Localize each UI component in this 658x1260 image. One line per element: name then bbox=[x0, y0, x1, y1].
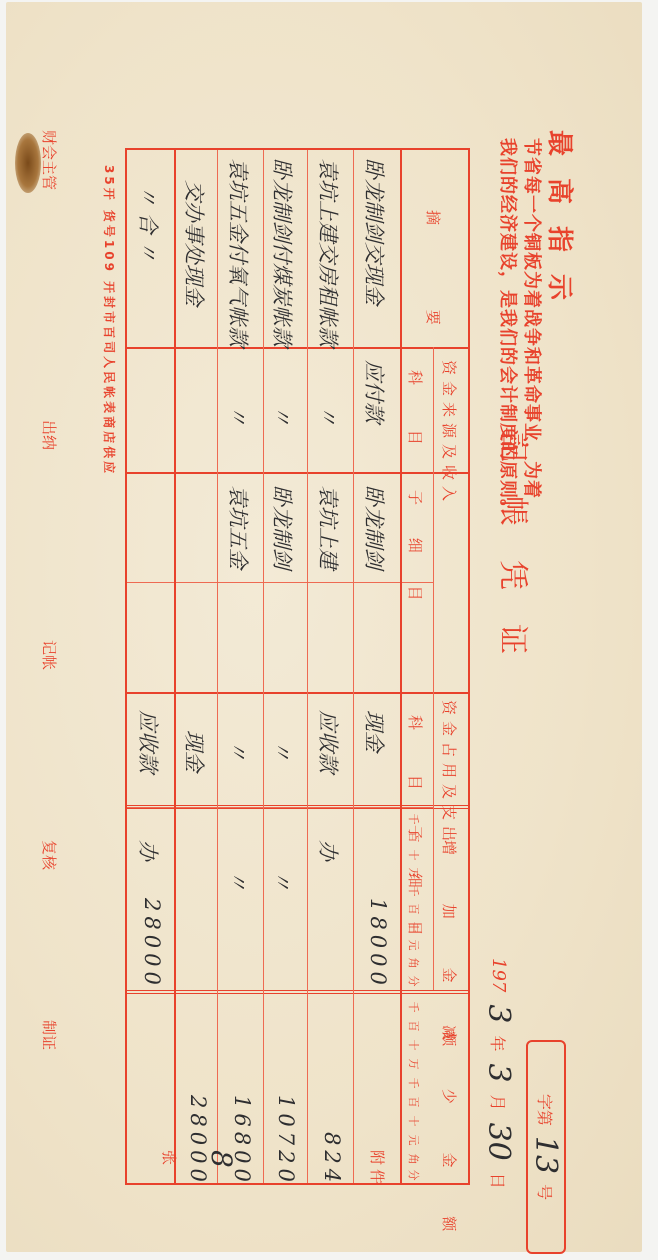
header-use-group: 资金占用及支出 bbox=[439, 700, 460, 847]
date-day: 30 bbox=[481, 1123, 516, 1161]
row-use-sub: 〃 bbox=[224, 870, 254, 891]
row-use-sub: 办 bbox=[314, 840, 344, 861]
signature-preparer: 制证 bbox=[39, 1020, 60, 1050]
header-source-group: 资金来源及收入 bbox=[439, 360, 460, 507]
date-year-label: 年 bbox=[487, 1035, 510, 1051]
total-increase: 28000 bbox=[140, 898, 164, 990]
header-decrease: 减 少 金 额 bbox=[439, 1025, 460, 1253]
voucher-date: 197 3 年 3 月 30 日 bbox=[481, 958, 516, 1189]
row-increase: 18000 bbox=[366, 898, 390, 990]
date-month-label: 月 bbox=[487, 1095, 510, 1111]
attachments-count: 8 bbox=[205, 1150, 238, 1168]
row-use-subject: 现金 bbox=[360, 710, 390, 752]
row-source-sub: 卧龙制剑 bbox=[360, 485, 390, 569]
digit-header: 十 bbox=[406, 1112, 422, 1130]
row-use-sub: 办 bbox=[134, 840, 164, 861]
print-footer: 35开 货号109 开封市百司人民帐表商店供应 bbox=[101, 165, 118, 476]
row-decrease: 10720 bbox=[274, 1095, 298, 1187]
voucher-number-box: 字第 13 号 bbox=[526, 1040, 566, 1254]
row-summary: 交办事处现金 bbox=[180, 180, 210, 306]
digit-header: 千 bbox=[406, 1074, 422, 1092]
row-summary: 卧龙制剑付煤炭帐款 bbox=[268, 158, 298, 347]
row-source-sub: 卧龙制剑 bbox=[268, 485, 298, 569]
row-use-subject: 〃 bbox=[268, 740, 298, 761]
row-use-subject: 现金 bbox=[180, 730, 210, 772]
row-source-subject: 〃 bbox=[314, 405, 344, 426]
voucher-number-suffix: 号 bbox=[535, 1184, 558, 1200]
signature-finance-supervisor: 财会主管 bbox=[39, 130, 60, 190]
digit-header: 万 bbox=[406, 864, 422, 882]
date-year-prefix: 197 bbox=[488, 958, 509, 992]
row-summary: 袁坑五金付氧气帐款 bbox=[224, 158, 254, 347]
voucher-rotated-canvas: 最高指示 节省每一个铜板为着战争和革命事业，为着 我们的经济建设，是我们的会计制… bbox=[0, 0, 658, 1260]
row-source-subject: 〃 bbox=[268, 405, 298, 426]
voucher-number: 13 bbox=[529, 1136, 564, 1174]
row-decrease: 824 bbox=[320, 1132, 344, 1187]
total-row-label: 〃 合 〃 bbox=[134, 185, 164, 261]
attachments-unit: 张 bbox=[159, 1150, 180, 1165]
digit-header: 千 bbox=[406, 998, 422, 1016]
row-use-sub: 〃 bbox=[268, 870, 298, 891]
digit-header: 万 bbox=[406, 1055, 422, 1073]
row-summary: 袁坑上建交房租帐款 bbox=[314, 158, 344, 347]
digit-header: 十 bbox=[406, 918, 422, 936]
page-title: 記帳凭证 bbox=[494, 300, 538, 820]
date-year-digit: 3 bbox=[481, 1004, 516, 1023]
attachments-label: 附件 bbox=[367, 1150, 388, 1188]
signature-bookkeeper: 记帐 bbox=[39, 640, 60, 670]
digit-header: 十 bbox=[406, 1036, 422, 1054]
row-use-subject: 应收款 bbox=[314, 710, 344, 773]
digit-header: 千 bbox=[406, 810, 422, 828]
row-decrease: 28000 bbox=[186, 1095, 210, 1187]
date-day-label: 日 bbox=[487, 1173, 510, 1189]
header-source-subject: 科 目 bbox=[405, 370, 426, 465]
date-month: 3 bbox=[481, 1063, 516, 1082]
row-use-subject: 应收款 bbox=[134, 710, 164, 773]
stain-mark bbox=[15, 133, 41, 193]
signature-cashier: 出纳 bbox=[39, 420, 60, 450]
voucher-number-prefix: 字第 bbox=[535, 1094, 558, 1126]
row-source-sub: 袁坑五金 bbox=[224, 485, 254, 569]
row-source-subject: 应付款 bbox=[360, 360, 390, 423]
header-summary: 摘 要 bbox=[423, 210, 444, 365]
header-source-subitem: 子 细 目 bbox=[405, 490, 426, 615]
signature-reviewer: 复核 bbox=[39, 840, 60, 870]
row-decrease: 16800 bbox=[230, 1095, 254, 1187]
digit-header: 百 bbox=[406, 900, 422, 918]
digit-header: 百 bbox=[406, 1017, 422, 1035]
voucher-table: 摘 要 资金来源及收入 资金占用及支出 科 目 子 细 目 科 目 子 细 目 … bbox=[125, 148, 470, 1185]
row-summary: 卧龙制剑交现金 bbox=[360, 158, 390, 305]
digit-header: 千 bbox=[406, 882, 422, 900]
digit-header: 百 bbox=[406, 1093, 422, 1111]
digit-header: 分 bbox=[406, 1166, 422, 1184]
digit-header: 百 bbox=[406, 828, 422, 846]
digit-header: 十 bbox=[406, 846, 422, 864]
header-use-subject: 科 目 bbox=[405, 715, 426, 810]
row-use-subject: 〃 bbox=[224, 740, 254, 761]
digit-header: 角 bbox=[406, 954, 422, 972]
digit-header: 元 bbox=[406, 1131, 422, 1149]
digit-header: 分 bbox=[406, 972, 422, 990]
digit-header: 元 bbox=[406, 936, 422, 954]
quote-heading: 最高指示 bbox=[543, 130, 580, 322]
row-source-sub: 袁坑上建 bbox=[314, 485, 344, 569]
row-source-subject: 〃 bbox=[224, 405, 254, 426]
